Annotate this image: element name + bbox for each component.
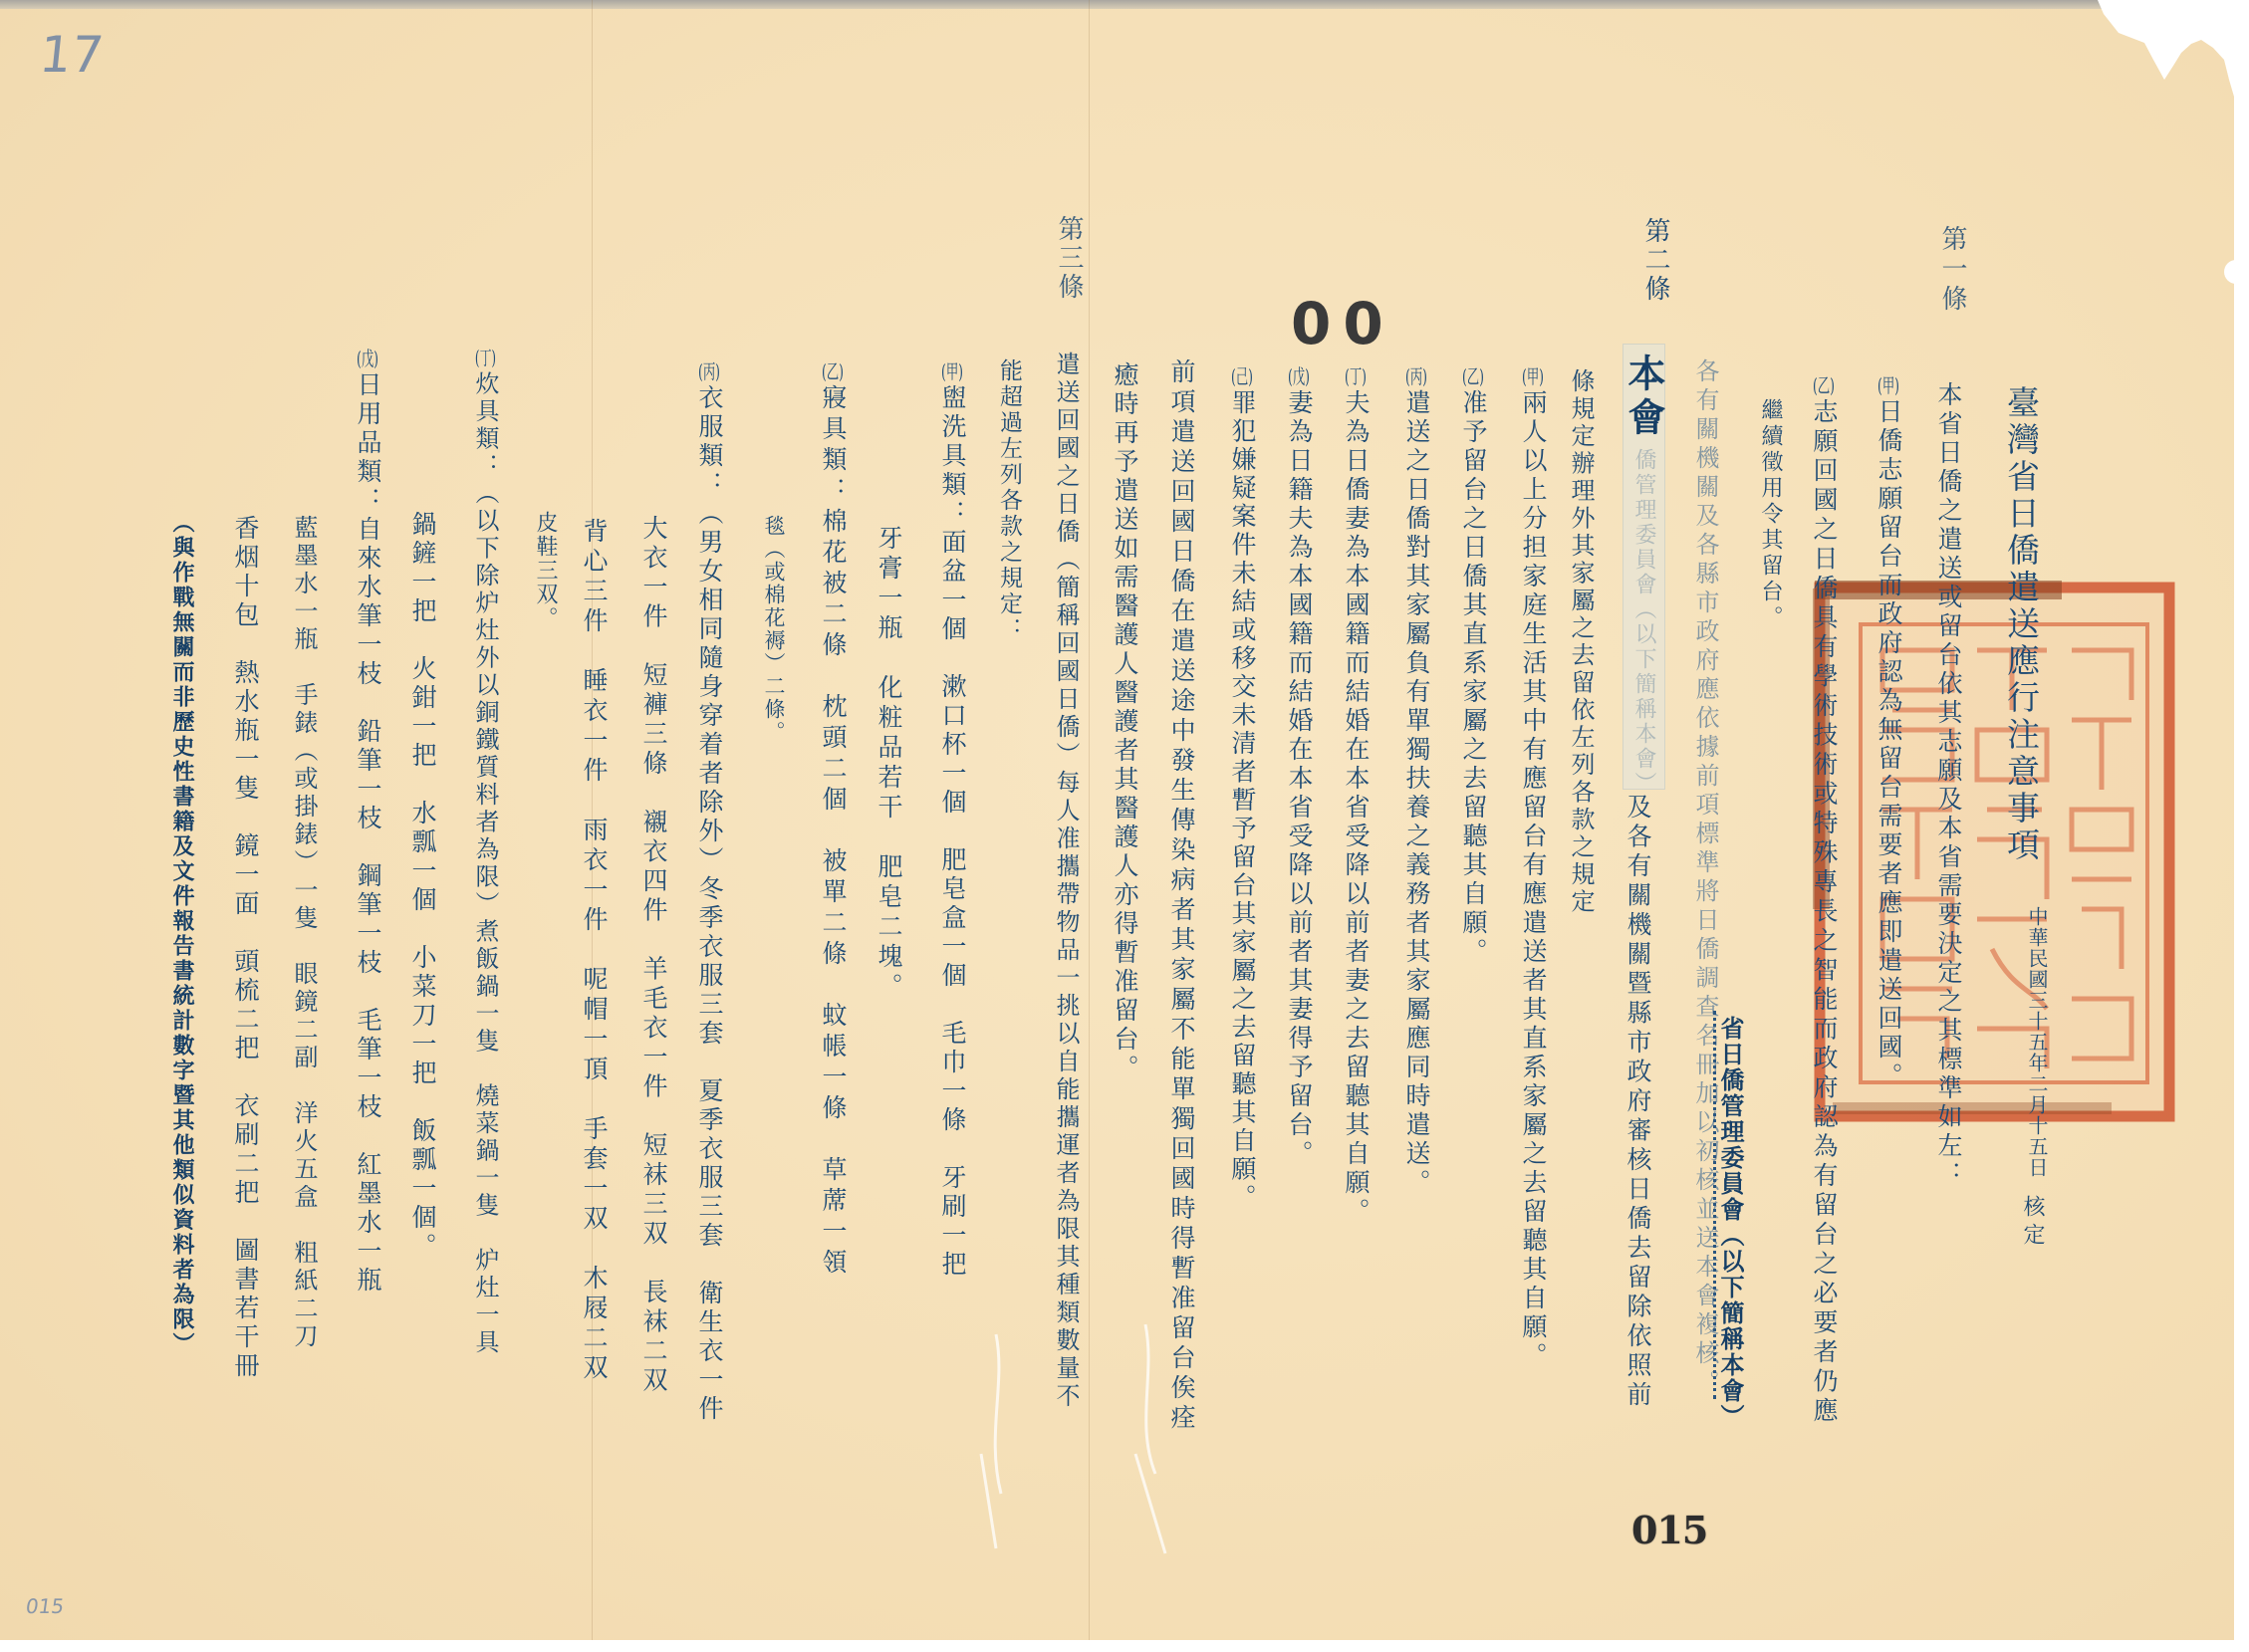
item-text: 炊具類：（以下除炉灶外以銅鐵質料者為限）煮飯鍋一隻 燒菜鍋一隻 炉灶一具 bbox=[471, 370, 499, 1356]
item-text: 寢具類：棉花被二條 枕頭二個 被單二條 蚊帳一條 草蓆一領 bbox=[819, 384, 848, 1280]
article-2-note-continued: 癒時再予遣送如需醫護人醫護者其醫護人亦得暫准留台。 bbox=[1113, 361, 1137, 1083]
scanner-edge bbox=[0, 0, 2234, 9]
corner-page-note: 015 bbox=[25, 1596, 66, 1616]
item-text: 罪犯嫌疑案件未結或移交未清者暫予留台其家屬之去留聽其自願。 bbox=[1228, 389, 1257, 1213]
item-text: 盥洗具類：面盆一個 漱口杯一個 肥皂盒一個 毛巾一條 牙刷一把 bbox=[938, 384, 967, 1280]
article-2-text-b: 條規定辦理外其家屬之去留依左列各款之規定 bbox=[1569, 368, 1593, 916]
covered-text: 僑管理委員會（以下簡稱本會） bbox=[1632, 448, 1654, 797]
article-3-item-c-line-3: 背心三件 睡衣一件 雨衣一件 呢帽一頂 手套一双 木屐二双 bbox=[582, 518, 607, 1384]
item-label: (丁) bbox=[474, 349, 497, 367]
folio-number: 17 bbox=[37, 30, 106, 80]
article-3-item-c: (丙)衣服類：（男女相同隨身穿着者除外）冬季衣服三套 夏季衣服三套 衛生衣一件 bbox=[697, 361, 722, 1424]
item-label: (戊) bbox=[1287, 366, 1311, 386]
article-2-item-a: (甲)兩人以上分担家庭生活其中有應留台有應遣送者其直系家屬之去留聽其自願。 bbox=[1521, 366, 1546, 1371]
article-1-item-a: (甲)日僑志願留台而政府認為無留台需要者應即遣送回國。 bbox=[1876, 375, 1901, 1091]
article-3-text-continued: 能超過左列各款之規定： bbox=[997, 358, 1020, 643]
article-3-label: 第三條 bbox=[1056, 215, 1082, 302]
item-label: (甲) bbox=[940, 361, 964, 381]
article-3-item-c-line-4: 皮鞋三双。 bbox=[534, 511, 556, 630]
article-2-text-a: 及各有關機關暨縣市政府審核日僑去留除依照前 bbox=[1625, 794, 1650, 1411]
approval-mark: 核定 bbox=[2021, 1195, 2043, 1251]
inserted-heading: 本會 bbox=[1624, 354, 1662, 441]
article-2-item-c: (丙)遣送之日僑對其家屬負有單獨扶養之義務者其家屬應同時遣送。 bbox=[1404, 366, 1429, 1198]
item-text: 遣送之日僑對其家屬負有單獨扶養之義務者其家屬應同時遣送。 bbox=[1402, 389, 1431, 1198]
item-label: (乙) bbox=[1461, 366, 1485, 386]
article-3-item-d: (丁)炊具類：（以下除炉灶外以銅鐵質料者為限）煮飯鍋一隻 燒菜鍋一隻 炉灶一具 bbox=[473, 349, 497, 1356]
official-seal bbox=[1813, 581, 2176, 1123]
item-label: (乙) bbox=[821, 361, 845, 381]
article-1-label: 第一條 bbox=[1939, 225, 1965, 315]
article-3-item-b-line-2: 毯（或棉花褥）二條。 bbox=[763, 515, 784, 744]
article-3-item-d-line-2: 鍋鏟一把 火鉗一把 水瓢一個 小菜刀一把 飯瓢一個。 bbox=[410, 511, 435, 1262]
item-text: 妻為日籍夫為本國籍而結婚在本省受降以前者其妻得予留台。 bbox=[1285, 389, 1314, 1169]
article-3-text: 遣送回國之日僑（簡稱回國日僑）每人准攜帶物品一挑以自能攜運者為限其種類數量不 bbox=[1054, 352, 1078, 1411]
item-label: (甲) bbox=[1521, 366, 1545, 386]
article-2-item-d: (丁)夫為日僑妻為本國籍而結婚在本省受降以前者妻之去留聽其自願。 bbox=[1344, 366, 1369, 1227]
item-text: 志願回國之日僑具有學術技術或特殊專長之智能而政府認為有留台之必要者仍應 bbox=[1810, 398, 1839, 1427]
article-2-item-f: (己)罪犯嫌疑案件未結或移交未清者暫予留台其家屬之去留聽其自願。 bbox=[1230, 366, 1255, 1213]
article-1-item-b: (乙)志願回國之日僑具有學術技術或特殊專長之智能而政府認為有留台之必要者仍應 bbox=[1812, 375, 1837, 1427]
item-text: 准予留台之日僑其直系家屬之去留聽其自願。 bbox=[1459, 389, 1488, 967]
article-3-item-c-line-2: 大衣一件 短褲三條 襯衣四件 羊毛衣一件 短袜三双 長袜二双 bbox=[641, 515, 666, 1396]
item-label: (戊) bbox=[356, 349, 379, 368]
archive-page-stamp: 015 bbox=[1631, 1512, 1707, 1549]
item-text: 兩人以上分担家庭生活其中有應留台有應遣送者其直系家屬之去留聽其自願。 bbox=[1519, 389, 1548, 1371]
article-2-item-b: (乙)准予留台之日僑其直系家屬之去留聽其自願。 bbox=[1461, 366, 1486, 967]
margin-insertion: 省日僑管理委員會（以下簡稱本會） bbox=[1718, 1016, 1742, 1430]
item-text: 日用品類：自來水筆一枝 鉛筆一枝 鋼筆一枝 毛筆一枝 紅墨水一瓶 bbox=[354, 371, 382, 1296]
fold-crease bbox=[1089, 0, 1090, 1640]
item-label: (甲) bbox=[1876, 375, 1900, 395]
article-3-item-e-line-3: 香烟十包 熱水瓶一隻 鏡一面 頭梳二把 衣刷二把 圖書若干冊 bbox=[233, 515, 258, 1381]
approval-date: 中華民國三十五年二月十五日 bbox=[2027, 906, 2047, 1178]
margin-mark: 00 bbox=[1291, 295, 1395, 353]
item-label: (丙) bbox=[697, 361, 721, 381]
item-text: 日僑志願留台而政府認為無留台需要者應即遣送回國。 bbox=[1874, 398, 1903, 1091]
article-3-item-a: (甲)盥洗具類：面盆一個 漱口杯一個 肥皂盒一個 毛巾一條 牙刷一把 bbox=[940, 361, 965, 1280]
item-text: 衣服類：（男女相同隨身穿着者除外）冬季衣服三套 夏季衣服三套 衛生衣一件 bbox=[695, 384, 724, 1424]
article-2-note: 前項遣送回國日僑在遣送途中發生傳染病者其家屬不能單獨回國時得暫准留台俟痊 bbox=[1169, 358, 1194, 1434]
item-label: (丙) bbox=[1404, 366, 1428, 386]
item-label: (丁) bbox=[1344, 366, 1368, 386]
item-label: (乙) bbox=[1812, 375, 1836, 395]
article-2-label: 第二條 bbox=[1642, 217, 1668, 304]
article-3-item-a-line-2: 牙膏一瓶 化粧品若干 肥皂二塊。 bbox=[876, 525, 901, 1003]
article-2-item-e: (戊)妻為日籍夫為本國籍而結婚在本省受降以前者其妻得予留台。 bbox=[1287, 366, 1312, 1169]
article-3-item-b: (乙)寢具類：棉花被二條 枕頭二個 被單二條 蚊帳一條 草蓆一領 bbox=[821, 361, 846, 1280]
article-1-item-b-continued: 繼續徵用令其留台。 bbox=[1759, 398, 1781, 631]
document-title: 臺灣省日僑遣送應行注意事項 bbox=[2005, 385, 2038, 864]
item-label: (己) bbox=[1230, 366, 1254, 386]
article-1-text: 本省日僑之遣送或留台依其志願及本省需要決定之其標準如左： bbox=[1936, 381, 1961, 1190]
article-3-item-e-restriction: （與作戰無關而非歷史性書籍及文件報告書統計數字暨其他類似資料者為限） bbox=[171, 511, 193, 1357]
article-3-item-e: (戊)日用品類：自來水筆一枝 鉛筆一枝 鋼筆一枝 毛筆一枝 紅墨水一瓶 bbox=[356, 349, 380, 1296]
article-3-item-e-line-2: 藍墨水一瓶 手錶（或掛錶）一隻 眼鏡二副 洋火五盒 粗紙二刀 bbox=[292, 515, 316, 1351]
item-text: 夫為日僑妻為本國籍而結婚在本省受降以前者妻之去留聽其自願。 bbox=[1342, 389, 1371, 1227]
